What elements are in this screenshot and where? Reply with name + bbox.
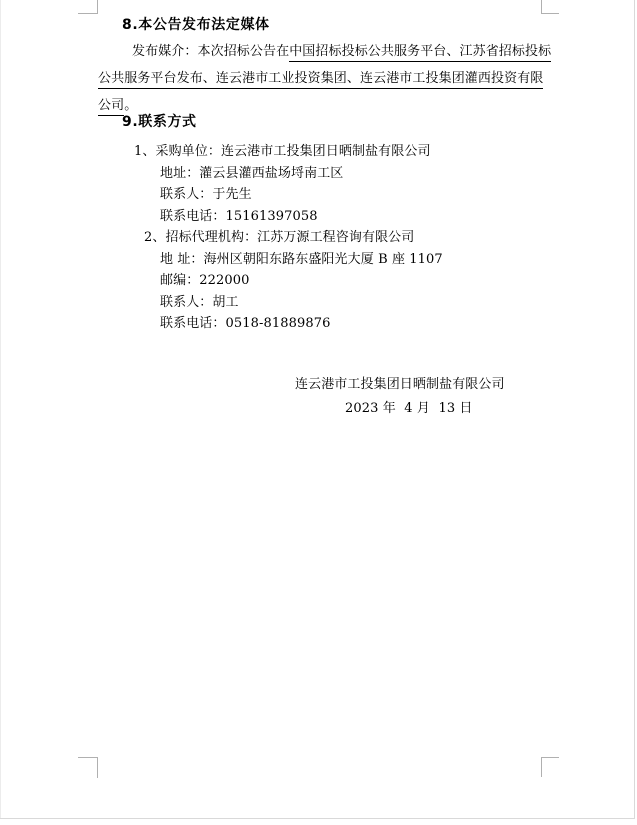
publish-media-underlined-2: 公共服务平台发布、连云港市工业投资集团、连云港市工投集团灌西投资有限 (98, 71, 543, 89)
crop-mark-top-right-v (541, 0, 542, 14)
publish-media-plain-text: 发布媒介：本次招标公告在 (132, 44, 289, 59)
contact-agency-zipcode: 邮编：222000 (160, 273, 250, 289)
page-right-edge (634, 0, 635, 818)
contact-agency-address: 地 址：海州区朝阳东路东盛阳光大厦 B 座 1107 (160, 252, 443, 268)
document-page: 8.本公告发布法定媒体 发布媒介：本次招标公告在中国招标投标公共服务平台、江苏省… (0, 0, 637, 825)
signature-company: 连云港市工投集团日晒制盐有限公司 (295, 377, 505, 393)
contact-purchaser-name: 1、采购单位：连云港市工投集团日晒制盐有限公司 (134, 144, 431, 160)
publish-media-period: 。 (124, 98, 137, 113)
contact-agency-person: 联系人：胡工 (160, 295, 239, 311)
signature-date: 2023 年 4 月 13 日 (345, 401, 473, 417)
publish-media-underlined-1: 中国招标投标公共服务平台、江苏省招标投标 (289, 44, 551, 62)
page-left-edge (0, 0, 1, 818)
publish-media-line-3: 公司。 (98, 98, 137, 114)
page-bottom-edge (0, 818, 635, 819)
contact-purchaser-address: 地址：灌云县灌西盐场埒南工区 (160, 166, 343, 182)
crop-mark-top-left-v (97, 0, 98, 14)
section-9-heading: 9.联系方式 (122, 114, 197, 130)
crop-mark-bottom-left-h (78, 757, 98, 758)
section-8-heading: 8.本公告发布法定媒体 (122, 17, 270, 33)
contact-purchaser-person: 联系人：于先生 (160, 187, 252, 203)
crop-mark-top-left-h (78, 13, 98, 14)
crop-mark-bottom-left-v (97, 757, 98, 778)
crop-mark-bottom-right-v (541, 757, 542, 777)
publish-media-line-2: 公共服务平台发布、连云港市工业投资集团、连云港市工投集团灌西投资有限 (98, 71, 543, 87)
publish-media-underlined-3: 公司 (98, 98, 124, 116)
publish-media-line-1: 发布媒介：本次招标公告在中国招标投标公共服务平台、江苏省招标投标 (132, 44, 551, 60)
crop-mark-top-right-h (541, 13, 559, 14)
contact-agency-phone: 联系电话：0518-81889876 (160, 316, 330, 332)
contact-purchaser-phone: 联系电话：15161397058 (160, 209, 318, 225)
contact-agency-name: 2、招标代理机构：江苏万源工程咨询有限公司 (144, 230, 414, 246)
crop-mark-bottom-right-h (541, 757, 559, 758)
